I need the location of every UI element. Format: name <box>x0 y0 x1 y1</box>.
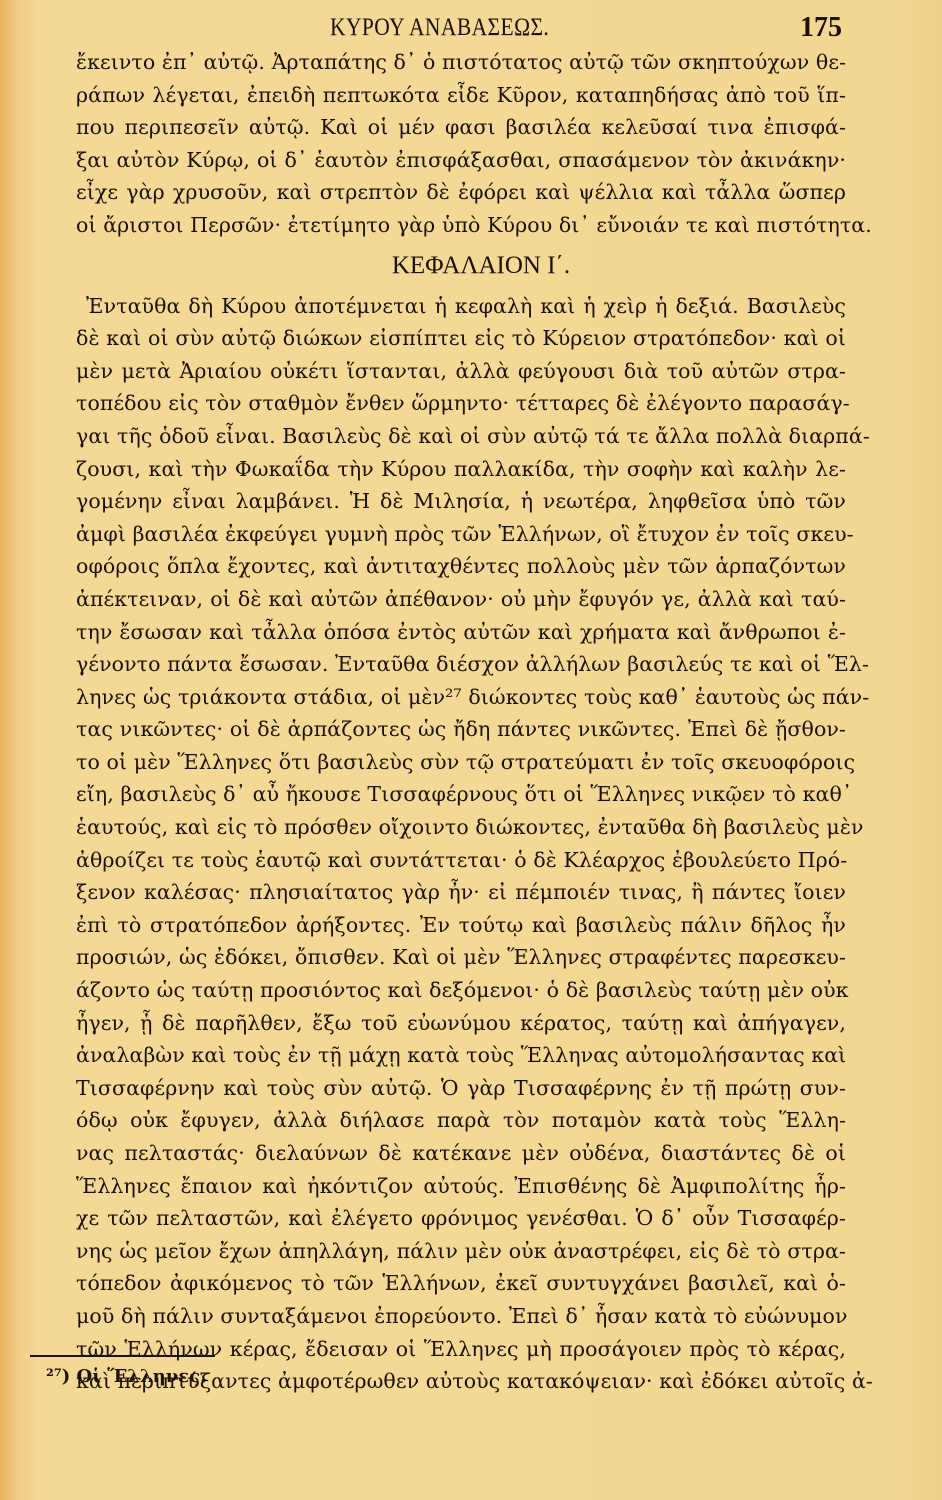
text-line: ἐπὶ τὸ στρατόπεδον ἀρήξοντες. Ἐν τούτῳ κ… <box>76 909 846 942</box>
text-line: άζοντο ὡς ταύτῃ προσιόντος καὶ δεξόμενοι… <box>76 974 846 1007</box>
text-line: ληνες ὡς τριάκοντα στάδια, οἱ μὲν²⁷ διώκ… <box>76 681 846 714</box>
text-line: που περιπεσεῖν αὐτῷ. Καὶ οἱ μέν φασι βασ… <box>76 111 846 144</box>
text-line: τας νικῶντες· οἱ δὲ ἁρπάζοντες ὡς ἤδη πά… <box>76 713 846 746</box>
text-line: μοῦ δὴ πάλιν συνταξάμενοι ἐπορεύοντο. Ἐπ… <box>76 1300 846 1333</box>
scanned-book-page: ΚΥΡΟΥ ΑΝΑΒΑΣΕΩΣ. 175 ἔκειντο ἐπ᾿ αὐτῷ. Ἀ… <box>0 0 942 1500</box>
text-line: οἱ ἄριστοι Περσῶν· ἐτετίμητο γὰρ ὑπὸ Κύρ… <box>76 209 846 242</box>
text-line: εἶχε γὰρ χρυσοῦν, καὶ στρεπτὸν δὲ ἐφόρει… <box>76 176 846 209</box>
text-line: νης ὡς μεῖον ἔχων ἀπηλλάγη, πάλιν μὲν οὐ… <box>76 1235 846 1268</box>
text-line: τῶν Ἑλλήνων κέρας, ἔδεισαν οἱ Ἕλληνες μὴ… <box>76 1333 846 1366</box>
text-line: οφόροις ὅπλα ἔχοντες, καὶ ἀντιταχθέντες … <box>76 550 846 583</box>
text-line: γομένην εἶναι λαμβάνει. Ἡ δὲ Μιλησία, ἡ … <box>76 485 846 518</box>
text-line: ξαι αὐτὸν Κύρῳ, οἱ δ᾿ ἑαυτὸν ἐπισφάξασθα… <box>76 144 846 177</box>
running-title: ΚΥΡΟΥ ΑΝΑΒΑΣΕΩΣ. <box>330 14 549 42</box>
text-line: ἔκειντο ἐπ᾿ αὐτῷ. Ἀρταπάτης δ᾿ ὁ πιστότα… <box>76 46 846 79</box>
text-line: τοπέδου εἰς τὸν σταθμὸν ἔνθεν ὥρμηντο· τ… <box>76 387 846 420</box>
footnote-divider <box>30 1355 215 1357</box>
text-line <box>76 1398 846 1431</box>
text-line: δὲ καὶ οἱ σὺν αὐτῷ διώκων εἰσπίπτει εἰς … <box>76 322 846 355</box>
text-line: το οἱ μὲν Ἕλληνες ὅτι βασιλεὺς σὺν τῷ στ… <box>76 746 846 779</box>
text-line: ράπων λέγεται, ἐπειδὴ πεπτωκότα εἶδε Κῦρ… <box>76 79 846 112</box>
text-line: χε τῶν πελταστῶν, καὶ ἐλέγετο φρόνιμος γ… <box>76 1202 846 1235</box>
text-line: ἀθροίζει τε τοὺς ἑαυτῷ καὶ συντάττεται· … <box>76 844 846 877</box>
text-line: την ἔσωσαν καὶ τἆλλα ὁπόσα ἐντὸς αὐτῶν κ… <box>76 616 846 649</box>
text-line: προσιών, ὡς ἐδόκει, ὄπισθεν. Καὶ οἱ μὲν … <box>76 941 846 974</box>
page-header: ΚΥΡΟΥ ΑΝΑΒΑΣΕΩΣ. 175 <box>0 10 942 44</box>
text-line: εἴη, βασιλεὺς δ᾿ αὖ ἤκουσε Τισσαφέρνους … <box>76 778 846 811</box>
text-line: Τισσαφέρνην καὶ τοὺς σὺν αὐτῷ. Ὁ γὰρ Τισ… <box>76 1072 846 1105</box>
page-number: 175 <box>800 12 842 44</box>
text-line: ἦγεν, ᾗ δὲ παρῆλθεν, ἔξω τοῦ εὐωνύμου κέ… <box>76 1007 846 1040</box>
text-line: ἀμφὶ βασιλέα ἐκφεύγει γυμνὴ πρὸς τῶν Ἑλλ… <box>76 518 846 551</box>
text-line: Ἕλληνες ἔπαιον καὶ ἠκόντιζον αὐτούς. Ἐπι… <box>76 1170 846 1203</box>
body-text: ἔκειντο ἐπ᾿ αὐτῷ. Ἀρταπάτης δ᾿ ὁ πιστότα… <box>76 46 846 1430</box>
text-line: ξενον καλέσας· πλησιαίτατος γὰρ ἦν· εἰ π… <box>76 876 846 909</box>
text-line: νας πελταστάς· διελαύνων δὲ κατέκανε μὲν… <box>76 1137 846 1170</box>
text-line: μὲν μετὰ Ἀριαίου οὐκέτι ἵστανται, ἀλλὰ φ… <box>76 355 846 388</box>
text-line: ἀπέκτειναν, οἱ δὲ καὶ αὐτῶν ἀπέθανον· οὐ… <box>76 583 846 616</box>
text-line: γαι τῆς ὁδοῦ εἶναι. Βασιλεὺς δὲ καὶ οἱ σ… <box>76 420 846 453</box>
chapter-heading: ΚΕΦΑΛΑΙΟΝ Ι΄. <box>76 246 846 286</box>
text-line: ἀναλαβὼν καὶ τοὺς ἐν τῇ μάχῃ κατὰ τοὺς Ἕ… <box>76 1039 846 1072</box>
text-line: ζουσι, καὶ τὴν Φωκαΐδα τὴν Κύρου παλλακί… <box>76 453 846 486</box>
footnote: ²⁷) Οἱ Ἕλληνες. <box>46 1366 206 1387</box>
text-line: γένοντο πάντα ἔσωσαν. Ἐνταῦθα διέσχον ἀλ… <box>76 648 846 681</box>
text-line: Ἐνταῦθα δὴ Κύρου ἀποτέμνεται ἡ κεφαλὴ κα… <box>76 290 846 323</box>
text-line: όδῳ οὐκ ἔφυγεν, ἀλλὰ διήλασε παρὰ τὸν πο… <box>76 1104 846 1137</box>
text-line: τόπεδον ἀφικόμενος τὸ τῶν Ἑλλήνων, ἐκεῖ … <box>76 1267 846 1300</box>
text-line: ἑαυτούς, καὶ εἰς τὸ πρόσθεν οἴχοιντο διώ… <box>76 811 846 844</box>
